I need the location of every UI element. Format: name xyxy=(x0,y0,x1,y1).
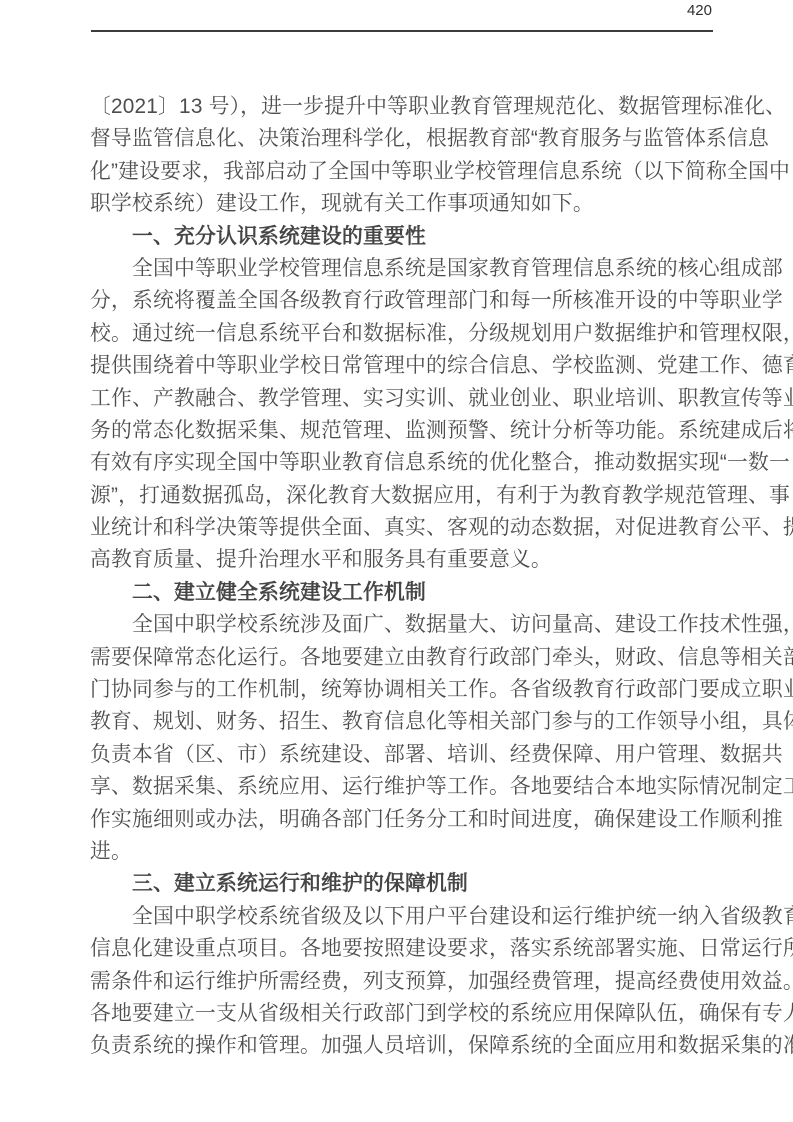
body-text-line: 高教育质量、提升治理水平和服务具有重要意义。 xyxy=(90,544,750,576)
body-text-line: 化”建设要求，我部启动了全国中等职业学校管理信息系统（以下简称全国中 xyxy=(90,156,750,188)
body-text-line: 职学校系统）建设工作，现就有关工作事项通知如下。 xyxy=(90,188,750,220)
body-text-line: 工作、产教融合、教学管理、实习实训、就业创业、职业培训、职教宣传等业 xyxy=(90,383,750,415)
body-text-line: 需条件和运行维护所需经费，列支预算，加强经费管理，提高经费使用效益。 xyxy=(90,966,750,998)
body-text-line: 源”，打通数据孤岛，深化教育大数据应用，有利于为教育教学规范管理、事 xyxy=(90,480,750,512)
body-text-line: 全国中职学校系统涉及面广、数据量大、访问量高、建设工作技术性强， xyxy=(90,609,750,641)
body-text-line: 校。通过统一信息系统平台和数据标准，分级规划用户数据维护和管理权限， xyxy=(90,318,750,350)
body-text-line: 享、数据采集、系统应用、运行维护等工作。各地要结合本地实际情况制定工 xyxy=(90,771,750,803)
body-text-line: 需要保障常态化运行。各地要建立由教育行政部门牵头，财政、信息等相关部 xyxy=(90,642,750,674)
header-rule xyxy=(91,30,713,32)
body-text-line: 门协同参与的工作机制，统筹协调相关工作。各省级教育行政部门要成立职业 xyxy=(90,674,750,706)
body-text-line: 教育、规划、财务、招生、教育信息化等相关部门参与的工作领导小组，具体 xyxy=(90,706,750,738)
section-heading: 二、建立健全系统建设工作机制 xyxy=(90,577,750,609)
body-text-line: 有效有序实现全国中等职业教育信息系统的优化整合，推动数据实现“一数一 xyxy=(90,447,750,479)
body-text-line: 业统计和科学决策等提供全面、真实、客观的动态数据，对促进教育公平、提 xyxy=(90,512,750,544)
body-text-line: 全国中职学校系统省级及以下用户平台建设和运行维护统一纳入省级教育 xyxy=(90,901,750,933)
page-number: 420 xyxy=(687,2,712,19)
body-text-line: 〔2021〕13 号），进一步提升中等职业教育管理规范化、数据管理标准化、 xyxy=(90,91,750,123)
body-text-line: 各地要建立一支从省级相关行政部门到学校的系统应用保障队伍，确保有专人 xyxy=(90,998,750,1030)
body-text-line: 进。 xyxy=(90,836,750,868)
body-text-line: 作实施细则或办法，明确各部门任务分工和时间进度，确保建设工作顺利推 xyxy=(90,804,750,836)
body-text-line: 务的常态化数据采集、规范管理、监测预警、统计分析等功能。系统建成后将 xyxy=(90,415,750,447)
body-text-line: 负责本省（区、市）系统建设、部署、培训、经费保障、用户管理、数据共 xyxy=(90,739,750,771)
section-heading: 一、充分认识系统建设的重要性 xyxy=(90,221,750,253)
section-heading: 三、建立系统运行和维护的保障机制 xyxy=(90,868,750,900)
document-page: 420 〔2021〕13 号），进一步提升中等职业教育管理规范化、数据管理标准化… xyxy=(0,0,793,1122)
body-text-line: 督导监管信息化、决策治理科学化，根据教育部“教育服务与监管体系信息 xyxy=(90,123,750,155)
body-text-line: 负责系统的操作和管理。加强人员培训，保障系统的全面应用和数据采集的准 xyxy=(90,1030,750,1062)
document-body: 〔2021〕13 号），进一步提升中等职业教育管理规范化、数据管理标准化、督导监… xyxy=(90,91,750,1063)
body-text-line: 全国中等职业学校管理信息系统是国家教育管理信息系统的核心组成部 xyxy=(90,253,750,285)
body-text-line: 分，系统将覆盖全国各级教育行政管理部门和每一所核准开设的中等职业学 xyxy=(90,285,750,317)
body-text-line: 提供围绕着中等职业学校日常管理中的综合信息、学校监测、党建工作、德育 xyxy=(90,350,750,382)
body-text-line: 信息化建设重点项目。各地要按照建设要求，落实系统部署实施、日常运行所 xyxy=(90,933,750,965)
